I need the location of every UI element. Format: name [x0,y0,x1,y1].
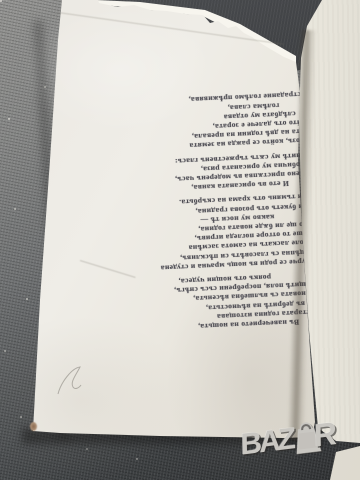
page-stain [30,422,37,431]
pencil-squiggle [48,358,98,403]
watermark-letter-r: R [313,417,334,452]
listing-photo: Въ навечерието на нощьта, когато старата… [0,0,360,480]
watermark-letters-baz: BAZ [240,424,293,461]
carpet-lint-specks [0,0,2,2]
